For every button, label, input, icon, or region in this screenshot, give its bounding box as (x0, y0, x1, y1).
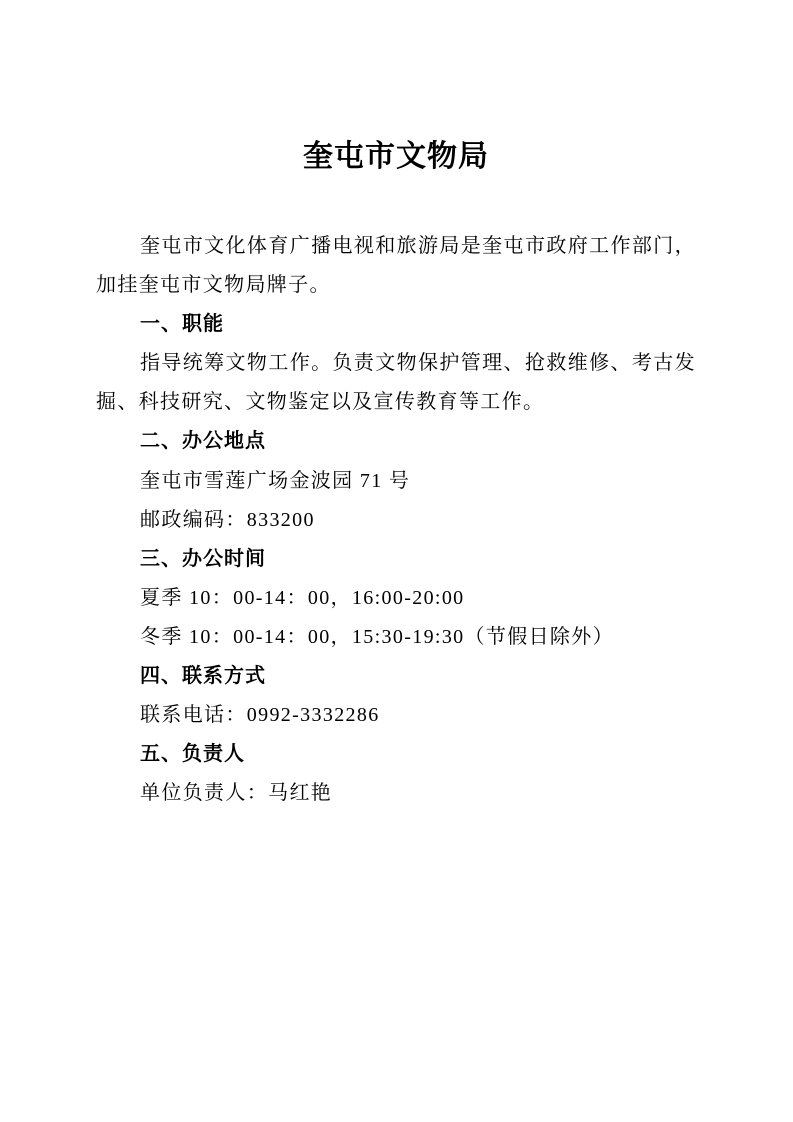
contact-phone: 联系电话：0992-3332286 (96, 696, 696, 735)
section-heading-contact: 四、联系方式 (96, 657, 696, 696)
section-heading-office-hours: 三、办公时间 (96, 540, 696, 579)
intro-paragraph: 奎屯市文化体育广播电视和旅游局是奎屯市政府工作部门，加挂奎屯市文物局牌子。 (96, 227, 696, 305)
document-title: 奎屯市文物局 (96, 140, 696, 174)
office-address: 奎屯市雪莲广场金波园 71 号 (96, 462, 696, 501)
section-heading-person-in-charge: 五、负责人 (96, 735, 696, 774)
section-heading-office-location: 二、办公地点 (96, 422, 696, 461)
document-page: 奎屯市文物局 奎屯市文化体育广播电视和旅游局是奎屯市政府工作部门，加挂奎屯市文物… (0, 0, 793, 1122)
duties-text: 指导统筹文物工作。负责文物保护管理、抢救维修、考古发掘、科技研究、文物鉴定以及宣… (96, 344, 696, 422)
section-heading-duties: 一、职能 (96, 305, 696, 344)
summer-hours: 夏季 10：00-14：00，16:00-20:00 (96, 579, 696, 618)
winter-hours: 冬季 10：00-14：00，15:30-19:30（节假日除外） (96, 618, 696, 657)
person-in-charge: 单位负责人：马红艳 (96, 774, 696, 813)
postal-code: 邮政编码：833200 (96, 501, 696, 540)
